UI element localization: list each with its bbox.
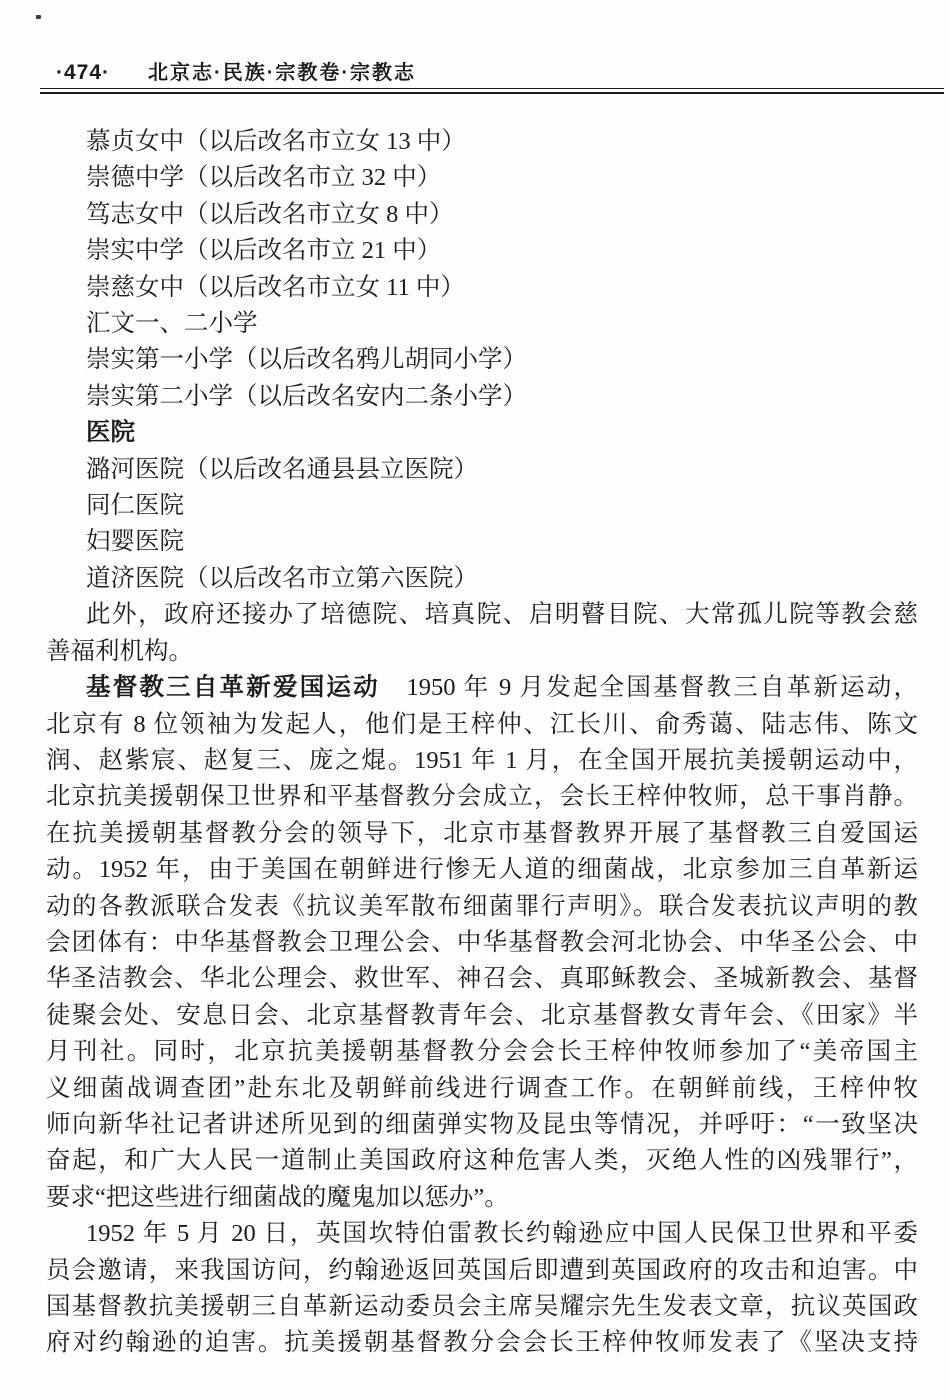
scan-speck bbox=[36, 15, 41, 19]
book-title: 北京志·民族·宗教卷·宗教志 bbox=[148, 56, 416, 85]
page-header: ·474· 北京志·民族·宗教卷·宗教志 bbox=[56, 56, 920, 85]
text-line: 崇实第二小学（以后改名安内二条小学） bbox=[46, 379, 918, 415]
text-line: 崇慈女中（以后改名市立女 11 中） bbox=[46, 270, 918, 306]
text-line: 国基督教抗美援朝三自革新运动委员会主席吴耀宗先生发表文章，抗议英国政 bbox=[46, 1289, 918, 1325]
text-line: 徒聚会处、安息日会、北京基督教青年会、北京基督教女青年会、《田家》半 bbox=[46, 998, 918, 1034]
text-line: 在抗美援朝基督教分会的领导下，北京市基督教界开展了基督教三自爱国运 bbox=[46, 816, 918, 852]
text-line: 师向新华社记者讲述所见到的细菌弹实物及昆虫等情况，并呼吁：“一致坚决 bbox=[46, 1107, 918, 1143]
text-line: 此外，政府还接办了培德院、培真院、启明瞽目院、大常孤儿院等教会慈 bbox=[46, 597, 918, 633]
text-line: 动的各教派联合发表《抗议美军散布细菌罪行声明》。联合发表抗议声明的教 bbox=[46, 889, 918, 925]
text-line: 基督教三自革新爱国运动 1950 年 9 月发起全国基督教三自革新运动， bbox=[46, 670, 918, 706]
text-line: 崇实中学（以后改名市立 21 中） bbox=[46, 233, 918, 269]
text-line: 慕贞女中（以后改名市立女 13 中） bbox=[46, 124, 918, 160]
text-line: 会团体有：中华基督教会卫理公会、中华基督教会河北协会、中华圣公会、中 bbox=[46, 925, 918, 961]
text-line: 义细菌战调查团”赴东北及朝鲜前线进行调查工作。在朝鲜前线，王梓仲牧 bbox=[46, 1071, 918, 1107]
text-block: 慕贞女中（以后改名市立女 13 中）崇德中学（以后改名市立 32 中）笃志女中（… bbox=[46, 124, 918, 1362]
text-line: 妇婴医院 bbox=[46, 524, 918, 560]
text-line: 北京有 8 位领袖为发起人，他们是王梓仲、江长川、俞秀蔼、陆志伟、陈文 bbox=[46, 707, 918, 743]
text-line: 潞河医院（以后改名通县县立医院） bbox=[46, 452, 918, 488]
header-rule bbox=[40, 88, 944, 94]
page-number: ·474· bbox=[56, 61, 110, 85]
text-line: 奋起，和广大人民一道制止美国政府这种危害人类，灭绝人性的凶残罪行”， bbox=[46, 1143, 918, 1179]
text-line: 月刊社。同时，北京抗美援朝基督教分会会长王梓仲牧师参加了“美帝国主 bbox=[46, 1034, 918, 1070]
paragraph-lead: 基督教三自革新爱国运动 bbox=[86, 674, 380, 701]
text-line: 要求“把这些进行细菌战的魔鬼加以惩办”。 bbox=[46, 1180, 918, 1216]
text-line: 崇德中学（以后改名市立 32 中） bbox=[46, 160, 918, 196]
text-line: 同仁医院 bbox=[46, 488, 918, 524]
text-line: 道济医院（以后改名市立第六医院） bbox=[46, 561, 918, 597]
text-line: 府对约翰逊的迫害。抗美援朝基督教分会会长王梓仲牧师发表了《坚决支持 bbox=[46, 1325, 918, 1361]
text-line: 崇实第一小学（以后改名鸦儿胡同小学） bbox=[46, 342, 918, 378]
scanned-page: ·474· 北京志·民族·宗教卷·宗教志 慕贞女中（以后改名市立女 13 中）崇… bbox=[0, 0, 950, 1400]
text-line: 善福利机构。 bbox=[46, 634, 918, 670]
text-line: 汇文一、二小学 bbox=[46, 306, 918, 342]
text-line: 医院 bbox=[46, 415, 918, 451]
text-line: 润、赵紫宸、赵复三、庞之焜。1951 年 1 月，在全国开展抗美援朝运动中， bbox=[46, 743, 918, 779]
text-line: 员会邀请，来我国访问，约翰逊返回英国后即遭到英国政府的攻击和迫害。中 bbox=[46, 1253, 918, 1289]
text-line: 北京抗美援朝保卫世界和平基督教分会成立，会长王梓仲牧师，总干事肖静。 bbox=[46, 779, 918, 815]
text-line: 1952 年 5 月 20 日，英国坎特伯雷教长约翰逊应中国人民保卫世界和平委 bbox=[46, 1216, 918, 1252]
text-line: 华圣洁教会、华北公理会、救世军、神召会、真耶稣教会、圣城新教会、基督 bbox=[46, 961, 918, 997]
paragraph-text: 1950 年 9 月发起全国基督教三自革新运动， bbox=[380, 674, 918, 701]
text-line: 动。1952 年，由于美国在朝鲜进行惨无人道的细菌战，北京参加三自革新运 bbox=[46, 852, 918, 888]
text-line: 笃志女中（以后改名市立女 8 中） bbox=[46, 197, 918, 233]
